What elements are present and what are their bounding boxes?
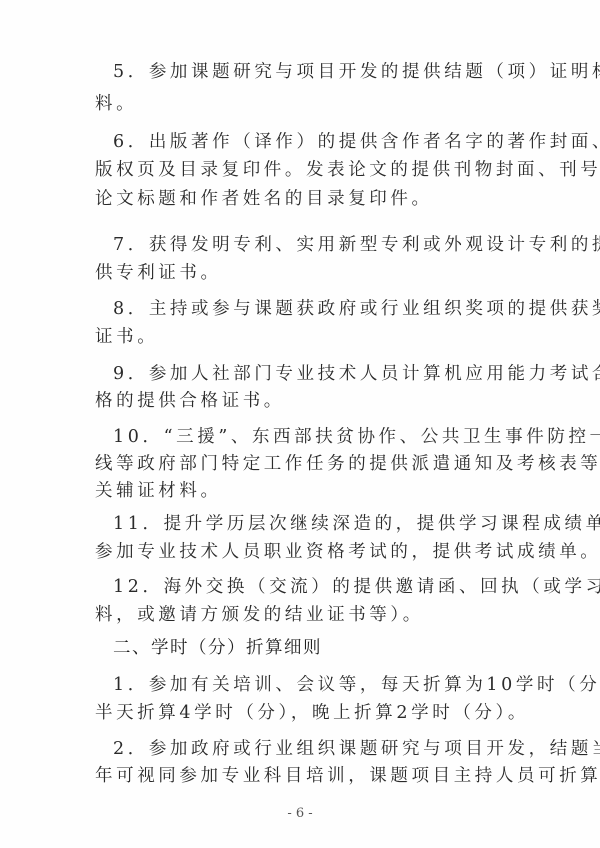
paragraph-line: 格的提供合格证书。 — [95, 389, 515, 413]
section-heading: 二、学时（分）折算细则 — [113, 636, 533, 660]
paragraph-line: 供专利证书。 — [95, 261, 515, 285]
paragraph-line: 年可视同参加专业科目培训，课题项目主持人员可折算90 — [95, 764, 515, 788]
paragraph-line: 线等政府部门特定工作任务的提供派遣通知及考核表等相 — [95, 452, 515, 476]
paragraph-first-line: 7．获得发明专利、实用新型专利或外观设计专利的提 — [113, 233, 533, 257]
paragraph-first-line: 11．提升学历层次继续深造的，提供学习课程成绩单； — [113, 512, 533, 536]
paragraph-line: 版权页及目录复印件。发表论文的提供刊物封面、刊号、含 — [95, 158, 515, 182]
paragraph-first-line: 8．主持或参与课题获政府或行业组织奖项的提供获奖 — [113, 297, 533, 321]
paragraph-first-line: 9．参加人社部门专业技术人员计算机应用能力考试合 — [113, 362, 533, 386]
paragraph-first-line: 2．参加政府或行业组织课题研究与项目开发，结题当 — [113, 737, 533, 761]
paragraph-first-line: 10．“三援”、东西部扶贫协作、公共卫生事件防控一 — [113, 425, 533, 449]
paragraph-line: 关辅证材料。 — [95, 479, 515, 503]
document-page: 5．参加课题研究与项目开发的提供结题（项）证明材料。6．出版著作（译作）的提供含… — [0, 0, 600, 848]
paragraph-first-line: 12．海外交换（交流）的提供邀请函、回执（或学习资 — [113, 575, 533, 599]
paragraph-line: 料。 — [95, 92, 515, 116]
paragraph-first-line: 1．参加有关培训、会议等，每天折算为10学时（分）， — [113, 673, 533, 697]
paragraph-line: 半天折算4学时（分），晚上折算2学时（分）。 — [95, 701, 515, 725]
paragraph-line: 论文标题和作者姓名的目录复印件。 — [95, 187, 515, 211]
paragraph-line: 参加专业技术人员职业资格考试的，提供考试成绩单。 — [95, 540, 515, 564]
paragraph-line: 料，或邀请方颁发的结业证书等）。 — [95, 603, 515, 627]
paragraph-line: 证书。 — [95, 325, 515, 349]
paragraph-first-line: 6．出版著作（译作）的提供含作者名字的著作封面、 — [113, 130, 533, 154]
page-number: - 6 - — [0, 806, 600, 821]
paragraph-first-line: 5．参加课题研究与项目开发的提供结题（项）证明材 — [113, 60, 533, 84]
